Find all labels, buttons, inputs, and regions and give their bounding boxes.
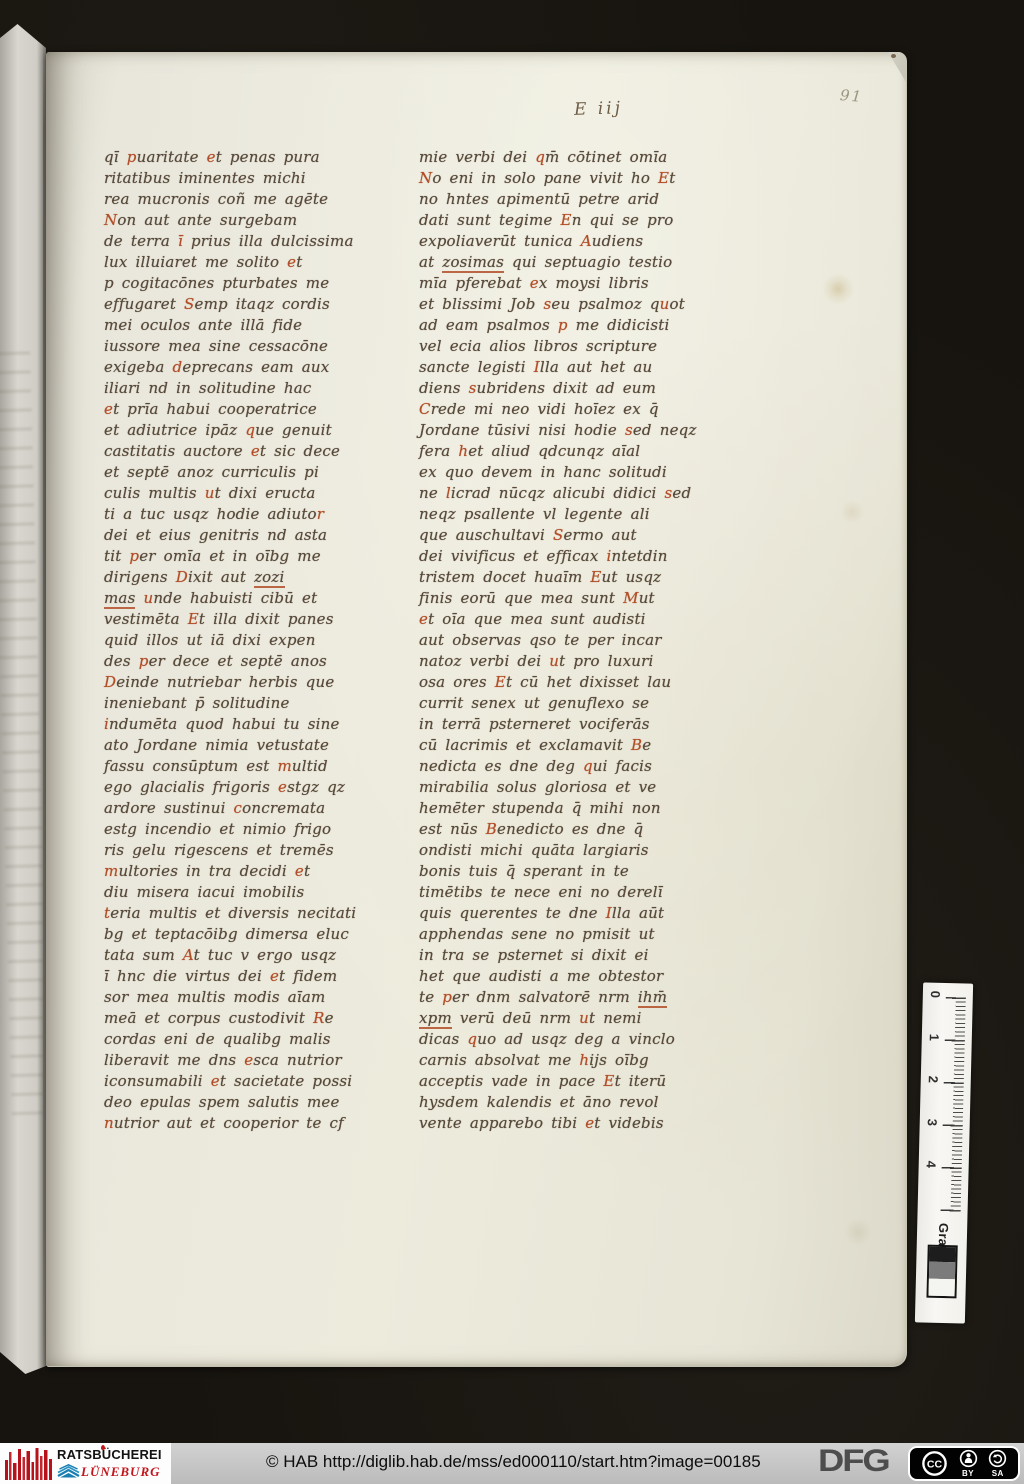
manuscript-text-line: qī puaritate et penas pura — [104, 147, 406, 168]
manuscript-text-line: indumēta quod habui tu sine — [104, 714, 406, 735]
manuscript-text-line: ex quo devem in hanc solitudi — [419, 462, 721, 483]
manuscript-text-line: lux illuiaret me solito et — [104, 252, 406, 273]
manuscript-text-line: xpm verū deū nrm ut nemi — [419, 1008, 721, 1029]
patch-white — [929, 1279, 955, 1297]
manuscript-text-line: in terrā psterneret vociferās — [419, 714, 721, 735]
manuscript-text-line: ne licrad nūcqz alicubi didici sed — [419, 483, 721, 504]
manuscript-text-line: bonis tuis q̄ sperant in te — [419, 861, 721, 882]
manuscript-text-line: dati sunt tegime En qui se pro — [419, 210, 721, 231]
corner-stain — [891, 54, 896, 58]
manuscript-text-line: expoliaverūt tunica Audiens — [419, 231, 721, 252]
manuscript-text-line: exigeba deprecans eam aux — [104, 357, 406, 378]
manuscript-text-line: deo epulas spem salutis mee — [104, 1092, 406, 1113]
gray-scale-patches — [926, 1245, 957, 1299]
organ-pipes-icon — [4, 1447, 53, 1480]
manuscript-text-line: timētibs te nece eni no derelī — [419, 882, 721, 903]
manuscript-text-line: castitatis auctore et sic dece — [104, 441, 406, 462]
manuscript-text-line: No eni in solo pane vivit ho Et — [419, 168, 721, 189]
folio-number: 91 — [839, 86, 864, 106]
manuscript-text-line: bg et teptacōibg dimersa eluc — [104, 924, 406, 945]
manuscript-text-line: des per dece et septē anos — [104, 651, 406, 672]
ruler-number: 2 — [926, 1076, 941, 1084]
manuscript-text-line: iussore mea sine cessacōne — [104, 336, 406, 357]
manuscript-text-line: ritatibus iminentes michi — [104, 168, 406, 189]
manuscript-text-line: in tra se psternet si dixit ei — [419, 945, 721, 966]
quire-signature: E iij — [574, 98, 624, 120]
manuscript-text-line: p cogitacōnes pturbates me — [104, 273, 406, 294]
manuscript-text-line: et adiutrice ipāz que genuit — [104, 420, 406, 441]
by-label: BY — [962, 1469, 974, 1478]
ruler-number: 3 — [925, 1118, 940, 1126]
sa-label: SA — [992, 1469, 1004, 1478]
umlaut-flame-accent — [101, 1445, 105, 1450]
manuscript-text-line: osa ores Et cū het dixisset lau — [419, 672, 721, 693]
patch-black — [929, 1247, 955, 1263]
patch-gray — [929, 1262, 955, 1280]
manuscript-text-line: et oīa que mea sunt audisti — [419, 609, 721, 630]
manuscript-text-line: et prīa habui cooperatrice — [104, 399, 406, 420]
library-logo: RATSBÜCHEREI LÜNEBURG — [0, 1443, 171, 1484]
previous-page-edges — [0, 22, 46, 1374]
ruler-number: 1 — [927, 1033, 942, 1041]
open-book-icon — [57, 1464, 80, 1479]
manuscript-text-line: Deinde nutriebar herbis que — [104, 672, 406, 693]
manuscript-text-line: teria multis et diversis necitati — [104, 903, 406, 924]
cc-license-badge: CC BY SA — [908, 1446, 1020, 1481]
manuscript-text-line: currit senex ut genuflexo se — [419, 693, 721, 714]
manuscript-text-line: no hntes apimentū petre arid — [419, 189, 721, 210]
manuscript-text-line: aut observas qso te per incar — [419, 630, 721, 651]
manuscript-text-line: mei oculos ante illā fide — [104, 315, 406, 336]
manuscript-text-line: fassu consūptum est multid — [104, 756, 406, 777]
manuscript-text-line: dei vivificus et efficax intetdin — [419, 546, 721, 567]
ruler-number: 4 — [924, 1161, 939, 1169]
manuscript-text-line: Crede mi neo vidi hoīez ex q̄ — [419, 399, 721, 420]
caption-bar: RATSBÜCHEREI LÜNEBURG © HAB http://digli… — [0, 1443, 1024, 1484]
manuscript-text-line: iconsumabili et sacietate possi — [104, 1071, 406, 1092]
manuscript-text-line: est nūs Benedicto es dne q̄ — [419, 819, 721, 840]
manuscript-text-line: ego glacialis frigoris estgz qz — [104, 777, 406, 798]
gray-scale-ruler: 01234 Gray Scale — [915, 982, 973, 1323]
text-column-right: mie verbi dei qm̄ cōtinet omīaNo eni in … — [419, 147, 721, 1134]
manuscript-text-line: carnis absolvat me hijs oībg — [419, 1050, 721, 1071]
manuscript-text-line: tristem docet huaīm Eut usqz — [419, 567, 721, 588]
manuscript-text-line: mas unde habuisti cibū et — [104, 588, 406, 609]
manuscript-text-line: multories in tra decidi et — [104, 861, 406, 882]
manuscript-text-line: cordas eni de qualibg malis — [104, 1029, 406, 1050]
manuscript-text-line: diu misera iacui imobilis — [104, 882, 406, 903]
manuscript-text-line: mirabilia solus gloriosa et ve — [419, 777, 721, 798]
digitized-manuscript-viewer: E iij 91 qī puaritate et penas puraritat… — [0, 0, 1024, 1484]
library-name-line2: LÜNEBURG — [81, 1464, 161, 1480]
manuscript-text-line: ti a tuc usqz hodie adiutor — [104, 504, 406, 525]
manuscript-text-line: dicas quo ad usqz deg a vinclo — [419, 1029, 721, 1050]
manuscript-text-line: ardore sustinui concremata — [104, 798, 406, 819]
text-column-left: qī puaritate et penas puraritatibus imin… — [104, 147, 406, 1134]
manuscript-text-line: te per dnm salvatorē nrm ihm̄ — [419, 987, 721, 1008]
manuscript-text-line: liberavit me dns esca nutrior — [104, 1050, 406, 1071]
manuscript-text-line: het que audisti a me obtestor — [419, 966, 721, 987]
dfg-logo: DFG — [818, 1443, 889, 1479]
cc-by-icon: BY — [959, 1449, 978, 1478]
manuscript-text-line: hemēter stupenda q̄ mihi non — [419, 798, 721, 819]
manuscript-text-line: ris gelu rigescens et tremēs — [104, 840, 406, 861]
svg-text:CC: CC — [927, 1458, 943, 1470]
copyright-caption: © HAB http://diglib.hab.de/mss/ed000110/… — [266, 1452, 761, 1472]
manuscript-text-line: et blissimi Job seu psalmoz quot — [419, 294, 721, 315]
manuscript-text-line: diens subridens dixit ad eum — [419, 378, 721, 399]
manuscript-text-line: quis querentes te dne Illa aūt — [419, 903, 721, 924]
manuscript-text-line: ondisti michi quāta largiaris — [419, 840, 721, 861]
manuscript-text-line: sancte legisti Illa aut het au — [419, 357, 721, 378]
manuscript-text-line: ī hnc die virtus dei et fidem — [104, 966, 406, 987]
manuscript-text-line: Non aut ante surgebam — [104, 210, 406, 231]
manuscript-text-line: vente apparebo tibi et videbis — [419, 1113, 721, 1134]
library-name-line1: RATSBÜCHEREI — [57, 1447, 162, 1462]
manuscript-text-line: rea mucronis coñ me agēte — [104, 189, 406, 210]
manuscript-text-line: que auschultavi Sermo aut — [419, 525, 721, 546]
manuscript-text-line: estg incendio et nimio frigo — [104, 819, 406, 840]
manuscript-text-line: effugaret Semp itaqz cordis — [104, 294, 406, 315]
manuscript-text-line: neqz psallente vl legente ali — [419, 504, 721, 525]
manuscript-text-line: dirigens Dixit aut zozi — [104, 567, 406, 588]
cc-icon: CC — [921, 1450, 948, 1477]
manuscript-text-line: mīa pferebat ex moysi libris — [419, 273, 721, 294]
manuscript-text-line: nedicta es dne deg qui facis — [419, 756, 721, 777]
manuscript-text-line: cū lacrimis et exclamavit Be — [419, 735, 721, 756]
manuscript-text-line: ineniebant p̄ solitudine — [104, 693, 406, 714]
manuscript-text-line: natoz verbi dei ut pro luxuri — [419, 651, 721, 672]
manuscript-text-line: vestimēta Et illa dixit panes — [104, 609, 406, 630]
manuscript-text-line: ato Jordane nimia vetustate — [104, 735, 406, 756]
manuscript-text-line: hysdem kalendis et āno revol — [419, 1092, 721, 1113]
ruler-numbers: 01234 — [923, 982, 973, 983]
cc-sa-icon: SA — [988, 1449, 1007, 1478]
manuscript-text-line: Jordane tūsivi nisi hodie sed neqz — [419, 420, 721, 441]
manuscript-text-line: iliari nd in solitudine hac — [104, 378, 406, 399]
manuscript-text-line: finis eorū que mea sunt Mut — [419, 588, 721, 609]
manuscript-text-line: de terra ī prius illa dulcissima — [104, 231, 406, 252]
manuscript-text-line: nutrior aut et cooperior te cf — [104, 1113, 406, 1134]
manuscript-text-line: meā et corpus custodivit Re — [104, 1008, 406, 1029]
manuscript-text-line: acceptis vade in pace Et iterū — [419, 1071, 721, 1092]
manuscript-text-line: fera het aliud qdcunqz aīal — [419, 441, 721, 462]
manuscript-text-line: tata sum At tuc v ergo usqz — [104, 945, 406, 966]
manuscript-text-line: vel ecia alios libros scripture — [419, 336, 721, 357]
manuscript-text-line: tit per omīa et in oībg me — [104, 546, 406, 567]
manuscript-text-line: et septē anoz curriculis pi — [104, 462, 406, 483]
manuscript-text-line: ad eam psalmos p me didicisti — [419, 315, 721, 336]
manuscript-text-line: apphendas sene no pmisit ut — [419, 924, 721, 945]
ruler-number: 0 — [928, 991, 943, 999]
manuscript-text-line: dei et eius genitris nd asta — [104, 525, 406, 546]
manuscript-text-line: sor mea multis modis aīam — [104, 987, 406, 1008]
manuscript-text-line: mie verbi dei qm̄ cōtinet omīa — [419, 147, 721, 168]
manuscript-text-line: culis multis ut dixi eructa — [104, 483, 406, 504]
manuscript-text-line: quid illos ut iā dixi expen — [104, 630, 406, 651]
manuscript-text-line: at zosimas qui septuagio testio — [419, 252, 721, 273]
